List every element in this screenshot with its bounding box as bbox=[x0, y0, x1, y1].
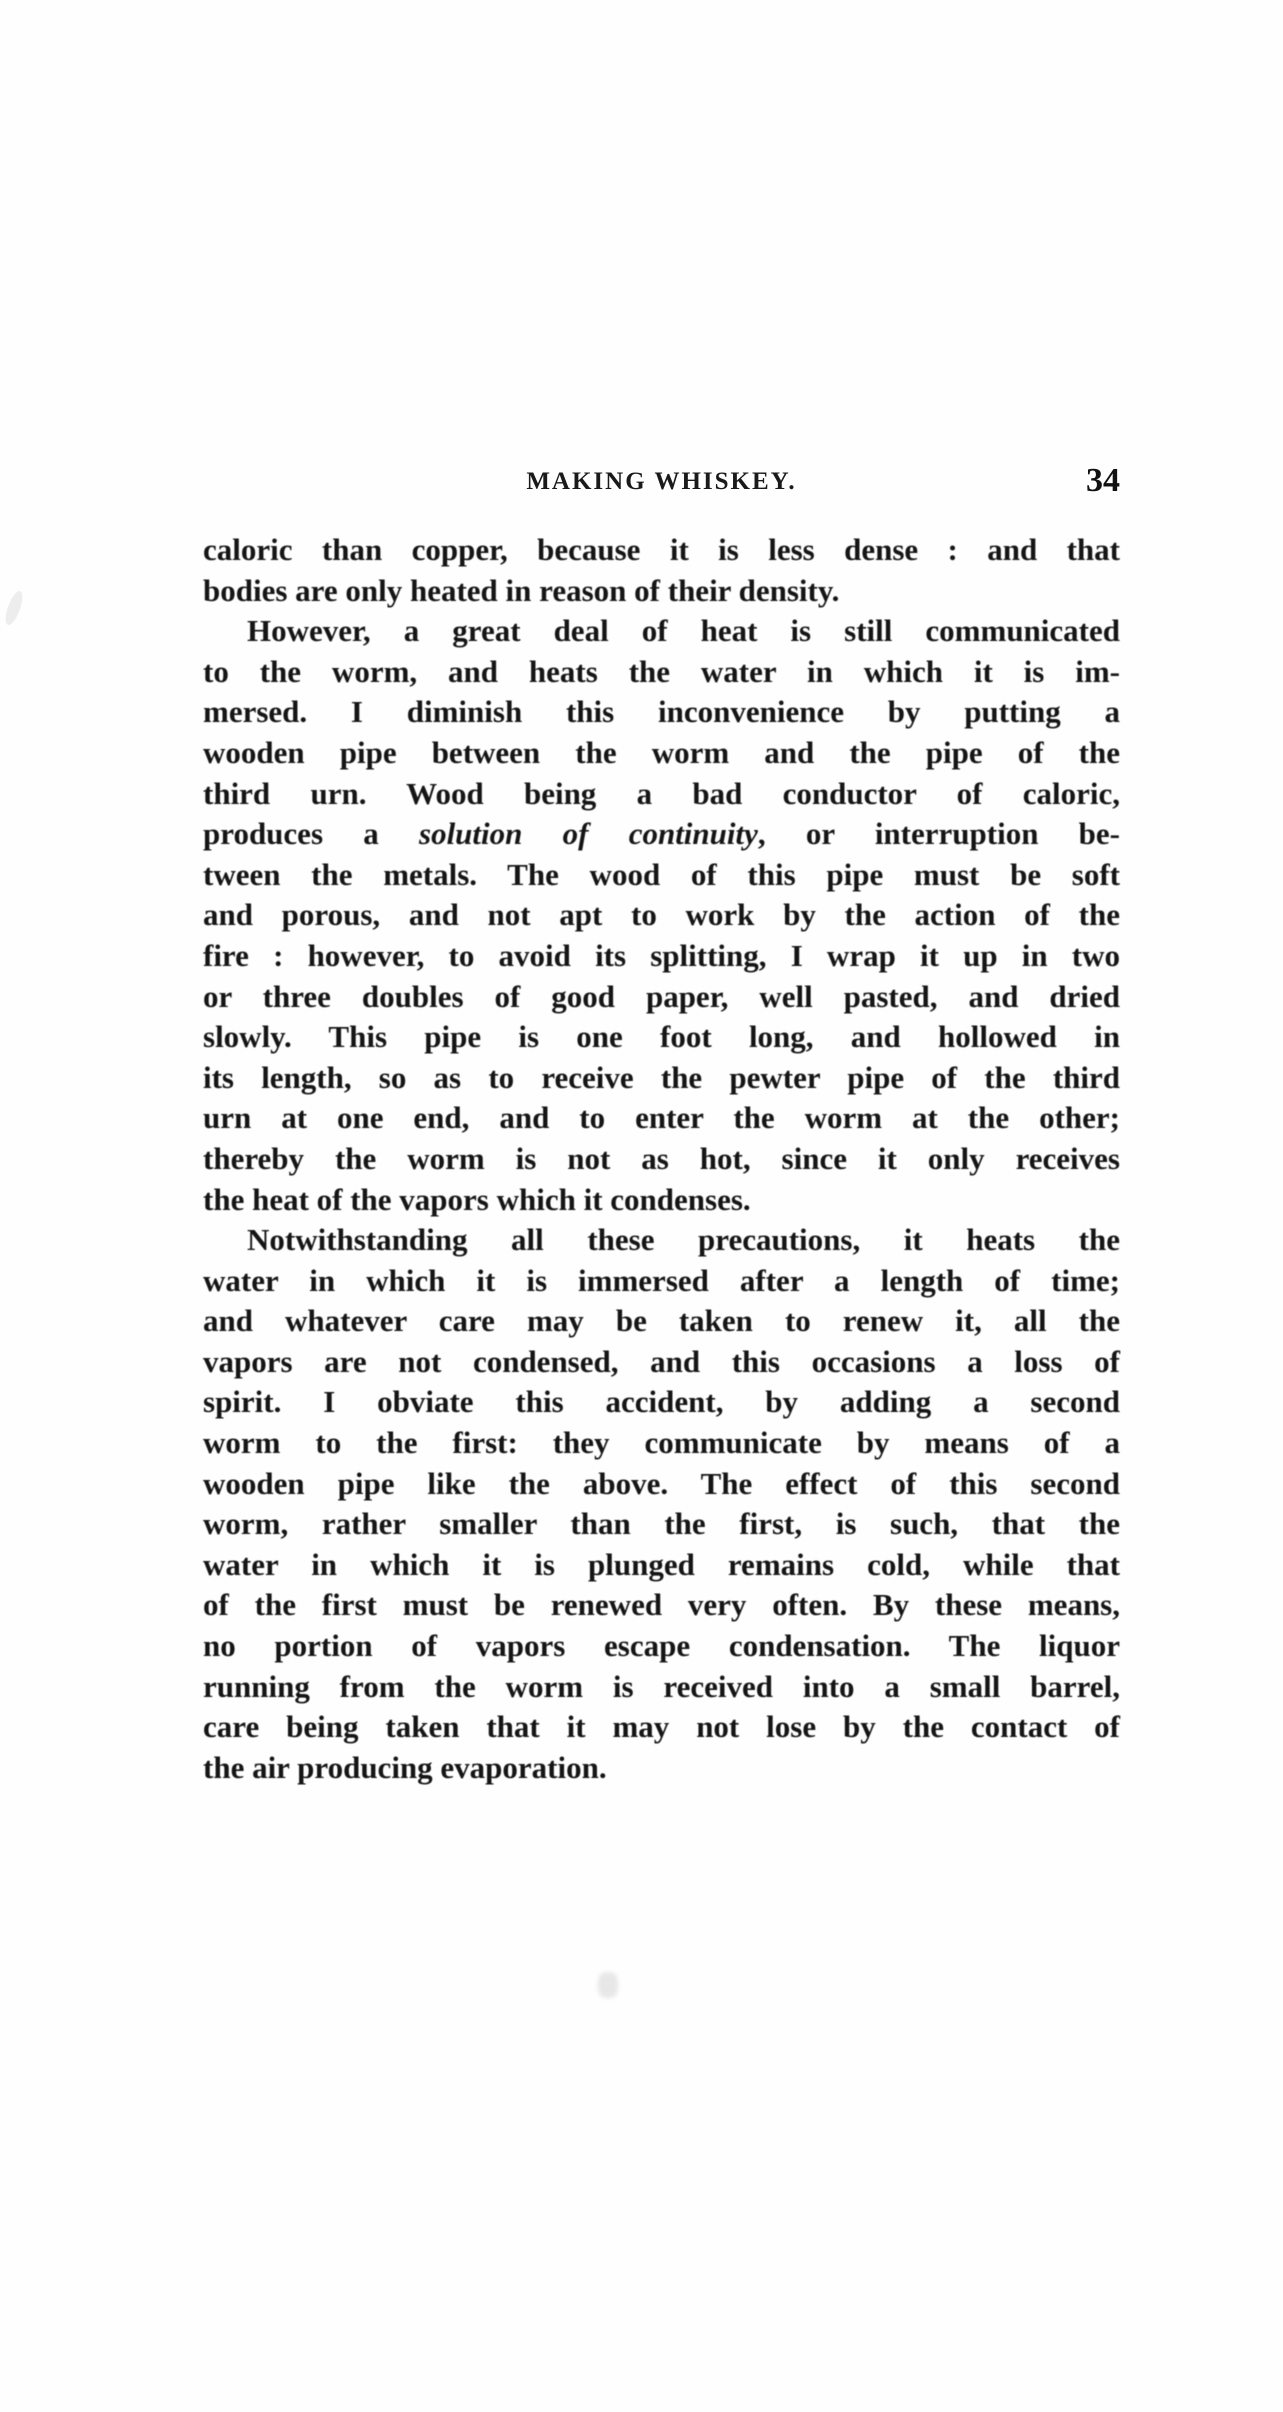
text-line: worm, rather smaller than the first, is … bbox=[203, 1504, 1120, 1545]
text-line: of the first must be renewed very often.… bbox=[203, 1585, 1120, 1626]
running-head: MAKING WHISKEY. bbox=[203, 468, 1120, 496]
body-text: caloric than copper, because it is less … bbox=[203, 530, 1120, 1788]
text-line: water in which it is immersed after a le… bbox=[203, 1261, 1120, 1302]
text-line: urn at one end, and to enter the worm at… bbox=[203, 1098, 1120, 1139]
scan-smudge bbox=[2, 589, 26, 627]
text-line: wooden pipe between the worm and the pip… bbox=[203, 733, 1120, 774]
text-line: the air producing evaporation. bbox=[203, 1748, 1120, 1789]
text-line-with-italic: produces a solution of continuity, or in… bbox=[203, 814, 1120, 855]
text-line: tween the metals. The wood of this pipe … bbox=[203, 855, 1120, 896]
text-line: thereby the worm is not as hot, since it… bbox=[203, 1139, 1120, 1180]
italic-phrase: solution of continuity bbox=[419, 816, 758, 851]
text-line: to the worm, and heats the water in whic… bbox=[203, 652, 1120, 693]
text-line: bodies are only heated in reason of thei… bbox=[203, 571, 1120, 612]
text-line: vapors are not condensed, and this occas… bbox=[203, 1342, 1120, 1383]
text-line: mersed. I diminish this inconvenience by… bbox=[203, 692, 1120, 733]
text-line: fire : however, to avoid its splitting, … bbox=[203, 936, 1120, 977]
scanned-book-page: MAKING WHISKEY. 34 caloric than copper, … bbox=[0, 0, 1283, 2412]
text-line: no portion of vapors escape condensation… bbox=[203, 1626, 1120, 1667]
text-line: worm to the first: they communicate by m… bbox=[203, 1423, 1120, 1464]
text-line: the heat of the vapors which it condense… bbox=[203, 1180, 1120, 1221]
text-line: third urn. Wood being a bad conductor of… bbox=[203, 774, 1120, 815]
text-line: caloric than copper, because it is less … bbox=[203, 530, 1120, 571]
text-line: or three doubles of good paper, well pas… bbox=[203, 977, 1120, 1018]
scan-speck bbox=[598, 1972, 618, 1998]
text-line: However, a great deal of heat is still c… bbox=[203, 611, 1120, 652]
text-line: running from the worm is received into a… bbox=[203, 1667, 1120, 1708]
text-line: and whatever care may be taken to renew … bbox=[203, 1301, 1120, 1342]
text-line: slowly. This pipe is one foot long, and … bbox=[203, 1017, 1120, 1058]
text-line: its length, so as to receive the pewter … bbox=[203, 1058, 1120, 1099]
text-line: wooden pipe like the above. The effect o… bbox=[203, 1464, 1120, 1505]
page-header: MAKING WHISKEY. 34 bbox=[203, 462, 1120, 510]
text-line: and porous, and not apt to work by the a… bbox=[203, 895, 1120, 936]
text-line: water in which it is plunged remains col… bbox=[203, 1545, 1120, 1586]
text-line: Notwithstanding all these precautions, i… bbox=[203, 1220, 1120, 1261]
text-line: care being taken that it may not lose by… bbox=[203, 1707, 1120, 1748]
page-number: 34 bbox=[1086, 462, 1120, 500]
text-line: spirit. I obviate this accident, by addi… bbox=[203, 1382, 1120, 1423]
